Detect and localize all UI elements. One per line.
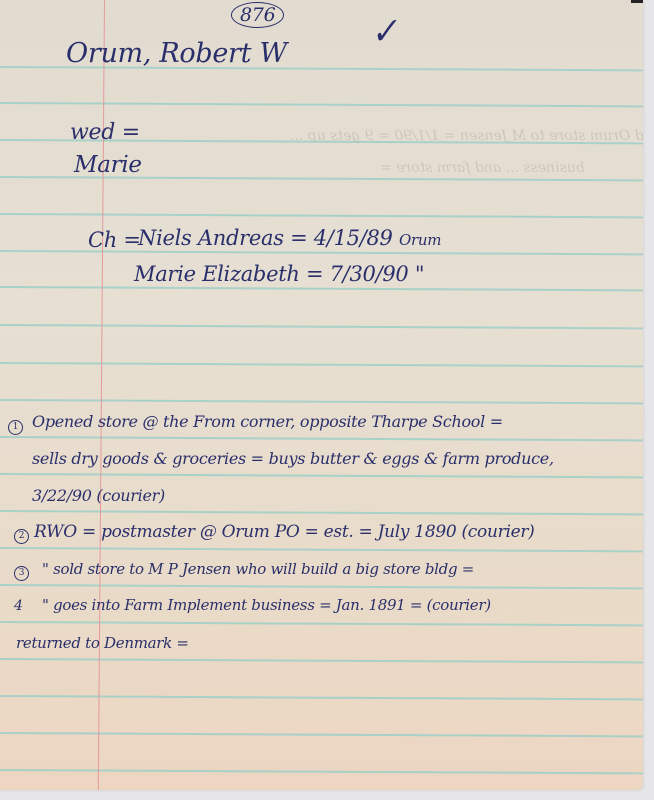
rule-line xyxy=(0,362,643,367)
child-name: Niels Andreas xyxy=(138,226,284,250)
rule-line xyxy=(0,695,643,700)
wed-label: wed = xyxy=(70,120,140,145)
entry-line: returned to Denmark = xyxy=(16,634,189,652)
checkmark-icon: ✓ xyxy=(367,10,400,54)
spouse-name: Marie xyxy=(74,152,142,178)
child-date: 4/15/89 xyxy=(314,226,393,250)
child-name: Marie Elizabeth xyxy=(134,262,300,286)
entry-marker: 3 xyxy=(14,564,29,581)
entry-line: " sold store to M P Jensen who will buil… xyxy=(42,560,474,578)
child-note: " xyxy=(415,262,424,286)
record-number: 876 xyxy=(231,4,284,26)
rule-line xyxy=(0,732,643,737)
scan-edge xyxy=(631,0,643,3)
notebook-page: RWO = sold Orum store to M Jensen = 1/1/… xyxy=(0,0,643,790)
child-date: 7/30/90 xyxy=(330,262,409,286)
children-label: Ch = xyxy=(88,228,141,252)
entry-line: sells dry goods & groceries = buys butte… xyxy=(32,449,554,468)
rule-line xyxy=(0,547,643,552)
entry-line: Opened store @ the From corner, opposite… xyxy=(32,412,503,431)
rule-line xyxy=(0,102,643,107)
child-row: Niels Andreas = 4/15/89 Orum xyxy=(138,226,441,250)
entry-marker: 4 xyxy=(14,598,23,614)
rule-line xyxy=(0,510,643,515)
rule-line xyxy=(0,436,643,441)
rule-line xyxy=(0,286,643,291)
entry-line: 3/22/90 (courier) xyxy=(32,486,165,505)
bleed-through-text: business ... and farm store = xyxy=(380,160,585,176)
entry-marker: 1 xyxy=(8,418,23,435)
margin-line xyxy=(98,0,105,790)
entry-line: RWO = postmaster @ Orum PO = est. = July… xyxy=(34,522,535,542)
rule-line xyxy=(0,324,643,329)
rule-line xyxy=(0,473,643,478)
child-row: Marie Elizabeth = 7/30/90 " xyxy=(134,262,424,286)
entry-line: " goes into Farm Implement business = Ja… xyxy=(42,596,491,614)
rule-line xyxy=(0,769,643,774)
child-note: Orum xyxy=(399,231,441,249)
rule-line xyxy=(0,399,643,404)
rule-line xyxy=(0,213,643,218)
rule-line xyxy=(0,658,643,663)
entry-marker: 2 xyxy=(14,527,29,544)
person-name: Orum, Robert W xyxy=(66,38,287,69)
bleed-through-text: RWO = sold Orum store to M Jensen = 1/1/… xyxy=(290,128,643,144)
rule-line xyxy=(0,584,643,589)
rule-line xyxy=(0,621,643,626)
